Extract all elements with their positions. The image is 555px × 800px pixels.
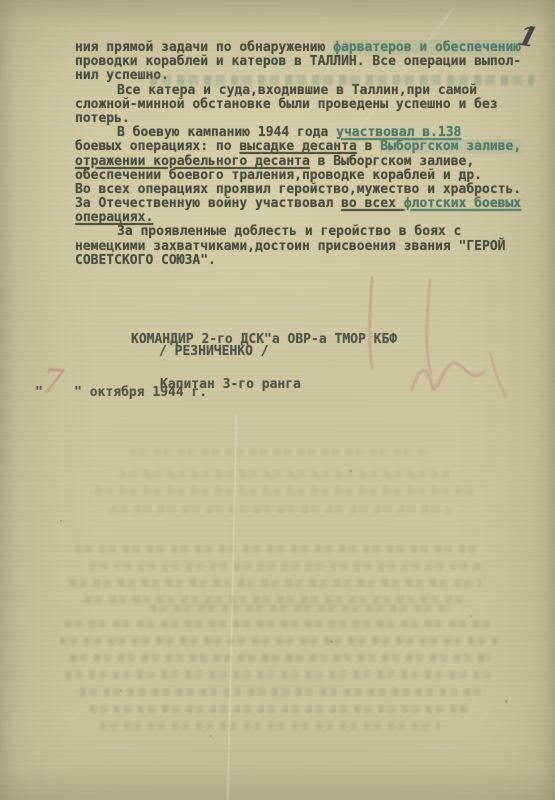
bleedthrough-line bbox=[65, 671, 495, 679]
bleedthrough-line bbox=[100, 722, 440, 730]
bleedthrough-line bbox=[110, 505, 450, 513]
paper-speck bbox=[120, 690, 122, 692]
green-pencil-smudge bbox=[150, 75, 534, 85]
document-line: боевых операциях: по высадке десанта в В… bbox=[75, 140, 541, 154]
bleedthrough-line bbox=[65, 620, 495, 628]
document-page: 1 ния прямой задачи по обнаружению фарва… bbox=[0, 0, 555, 800]
signature-block: КОМАНДИР 2-го ДСК"а ОВР-а ТМОР КБФ Капит… bbox=[131, 302, 397, 422]
bleedthrough-line bbox=[70, 654, 490, 662]
paper-speck bbox=[505, 700, 508, 703]
document-line: За проявленные доблесть и геройство в бо… bbox=[75, 225, 541, 239]
bleedthrough-line bbox=[95, 487, 475, 495]
handwritten-day-number: 7 bbox=[40, 361, 66, 403]
bleedthrough-line bbox=[90, 562, 480, 570]
document-line: потерь. bbox=[75, 112, 541, 126]
document-line: СОВЕТСКОГО СОЮЗА". bbox=[75, 254, 541, 268]
paper-speck bbox=[350, 470, 352, 472]
document-line: За Отечественную войну участвовал во все… bbox=[75, 197, 541, 211]
document-line: немецкими захватчиками,достоин присвоени… bbox=[75, 240, 541, 254]
bleedthrough-line bbox=[70, 579, 480, 587]
bleedthrough-line bbox=[60, 637, 500, 645]
paper-speck bbox=[470, 615, 472, 617]
document-line: сложной-минной обстановке были проведены… bbox=[75, 98, 541, 112]
bleedthrough-line bbox=[90, 705, 470, 713]
document-line: Все катера и суда,входившие в Таллин,при… bbox=[75, 84, 541, 98]
document-line: Во всех операциях проявил геройство,муже… bbox=[75, 183, 541, 197]
document-line: отражении корабельного десанта в Выборгс… bbox=[75, 155, 541, 169]
bleedthrough-line bbox=[75, 545, 475, 553]
paper-speck bbox=[330, 640, 333, 643]
document-line: обеспечении боевого траления,проводке ко… bbox=[75, 169, 541, 183]
bleedthrough-line bbox=[150, 604, 450, 612]
signer-name: / РЕЗНИЧЕНКО / bbox=[159, 344, 269, 359]
paper-speck bbox=[210, 735, 212, 737]
bleedthrough-line bbox=[80, 688, 480, 696]
paper-crease-vertical bbox=[226, 415, 239, 800]
bleedthrough-line bbox=[120, 470, 450, 478]
document-line: проводки кораблей и катеров в ТАЛЛИН. Вс… bbox=[75, 55, 541, 69]
paper-speck bbox=[60, 520, 62, 522]
bleedthrough-line bbox=[130, 448, 430, 456]
bleedthrough-line bbox=[85, 596, 465, 604]
